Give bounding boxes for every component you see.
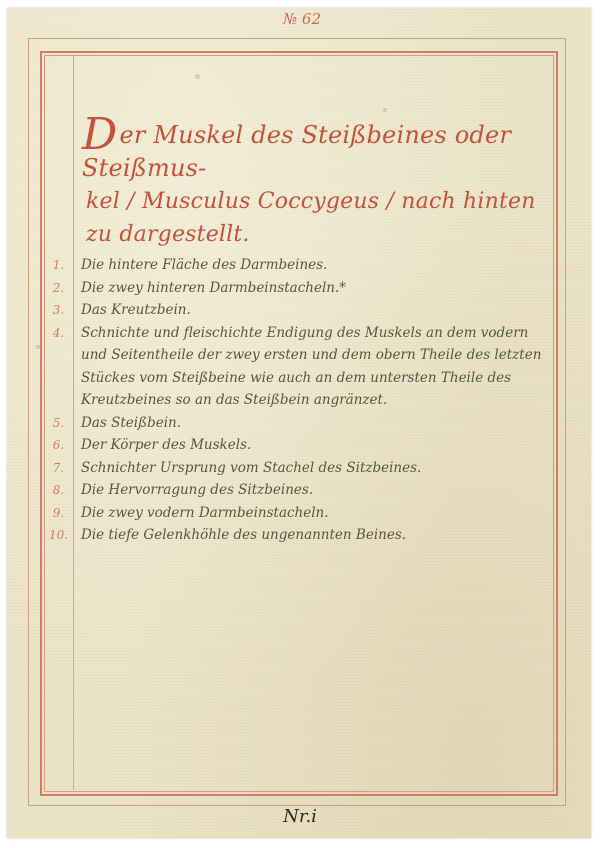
item-text: Das Kreutzbein. — [73, 299, 554, 322]
legend-item: 3. Das Kreutzbein. — [44, 299, 554, 322]
item-text: Die tiefe Gelenkhöhle des ungenannten Be… — [73, 524, 554, 547]
item-number: 4. — [44, 322, 73, 344]
title-line-2: kel / Musculus Coccygeus / nach hinten z… — [82, 185, 552, 251]
legend-item: 8. Die Hervorragung des Sitzbeines. — [44, 479, 554, 502]
item-number: 10. — [44, 524, 73, 546]
item-number: 7. — [44, 457, 73, 479]
item-text: Die zwey vodern Darmbeinstacheln. — [73, 502, 554, 525]
item-number: 9. — [44, 502, 73, 524]
item-text: Schnichte und fleischichte Endigung des … — [73, 322, 554, 412]
item-number: 2. — [44, 277, 73, 299]
page-title: Der Muskel des Steißbeines oder Steißmus… — [82, 118, 552, 251]
legend-item: 5. Das Steißbein. — [44, 412, 554, 435]
legend-item: 4. Schnichte und fleischichte Endigung d… — [44, 322, 554, 412]
item-number: 1. — [44, 254, 73, 276]
item-number: 5. — [44, 412, 73, 434]
item-text: Das Steißbein. — [73, 412, 554, 435]
signature-mark: Nr.i — [265, 806, 335, 827]
item-number: 3. — [44, 299, 73, 321]
legend-item: 7. Schnichter Ursprung vom Stachel des S… — [44, 457, 554, 480]
item-number: 6. — [44, 434, 73, 456]
item-text: Die Hervorragung des Sitzbeines. — [73, 479, 554, 502]
legend-item: 6. Der Körper des Muskels. — [44, 434, 554, 457]
legend-item: 9. Die zwey vodern Darmbeinstacheln. — [44, 502, 554, 525]
item-text: Die hintere Fläche des Darmbeines. — [73, 254, 554, 277]
legend-list: 1. Die hintere Fläche des Darmbeines. 2.… — [44, 254, 554, 547]
legend-item: 10. Die tiefe Gelenkhöhle des ungenannte… — [44, 524, 554, 547]
title-line-1: er Muskel des Steißbeines oder Steißmus- — [82, 121, 511, 182]
item-text: Schnichter Ursprung vom Stachel des Sitz… — [73, 457, 554, 480]
item-text: Der Körper des Muskels. — [73, 434, 554, 457]
item-text: Die zwey hinteren Darmbeinstacheln.* — [73, 277, 554, 300]
title-initial: D — [82, 109, 117, 160]
legend-item: 2. Die zwey hinteren Darmbeinstacheln.* — [44, 277, 554, 300]
item-number: 8. — [44, 479, 73, 501]
page-number: № 62 — [262, 10, 342, 28]
legend-item: 1. Die hintere Fläche des Darmbeines. — [44, 254, 554, 277]
